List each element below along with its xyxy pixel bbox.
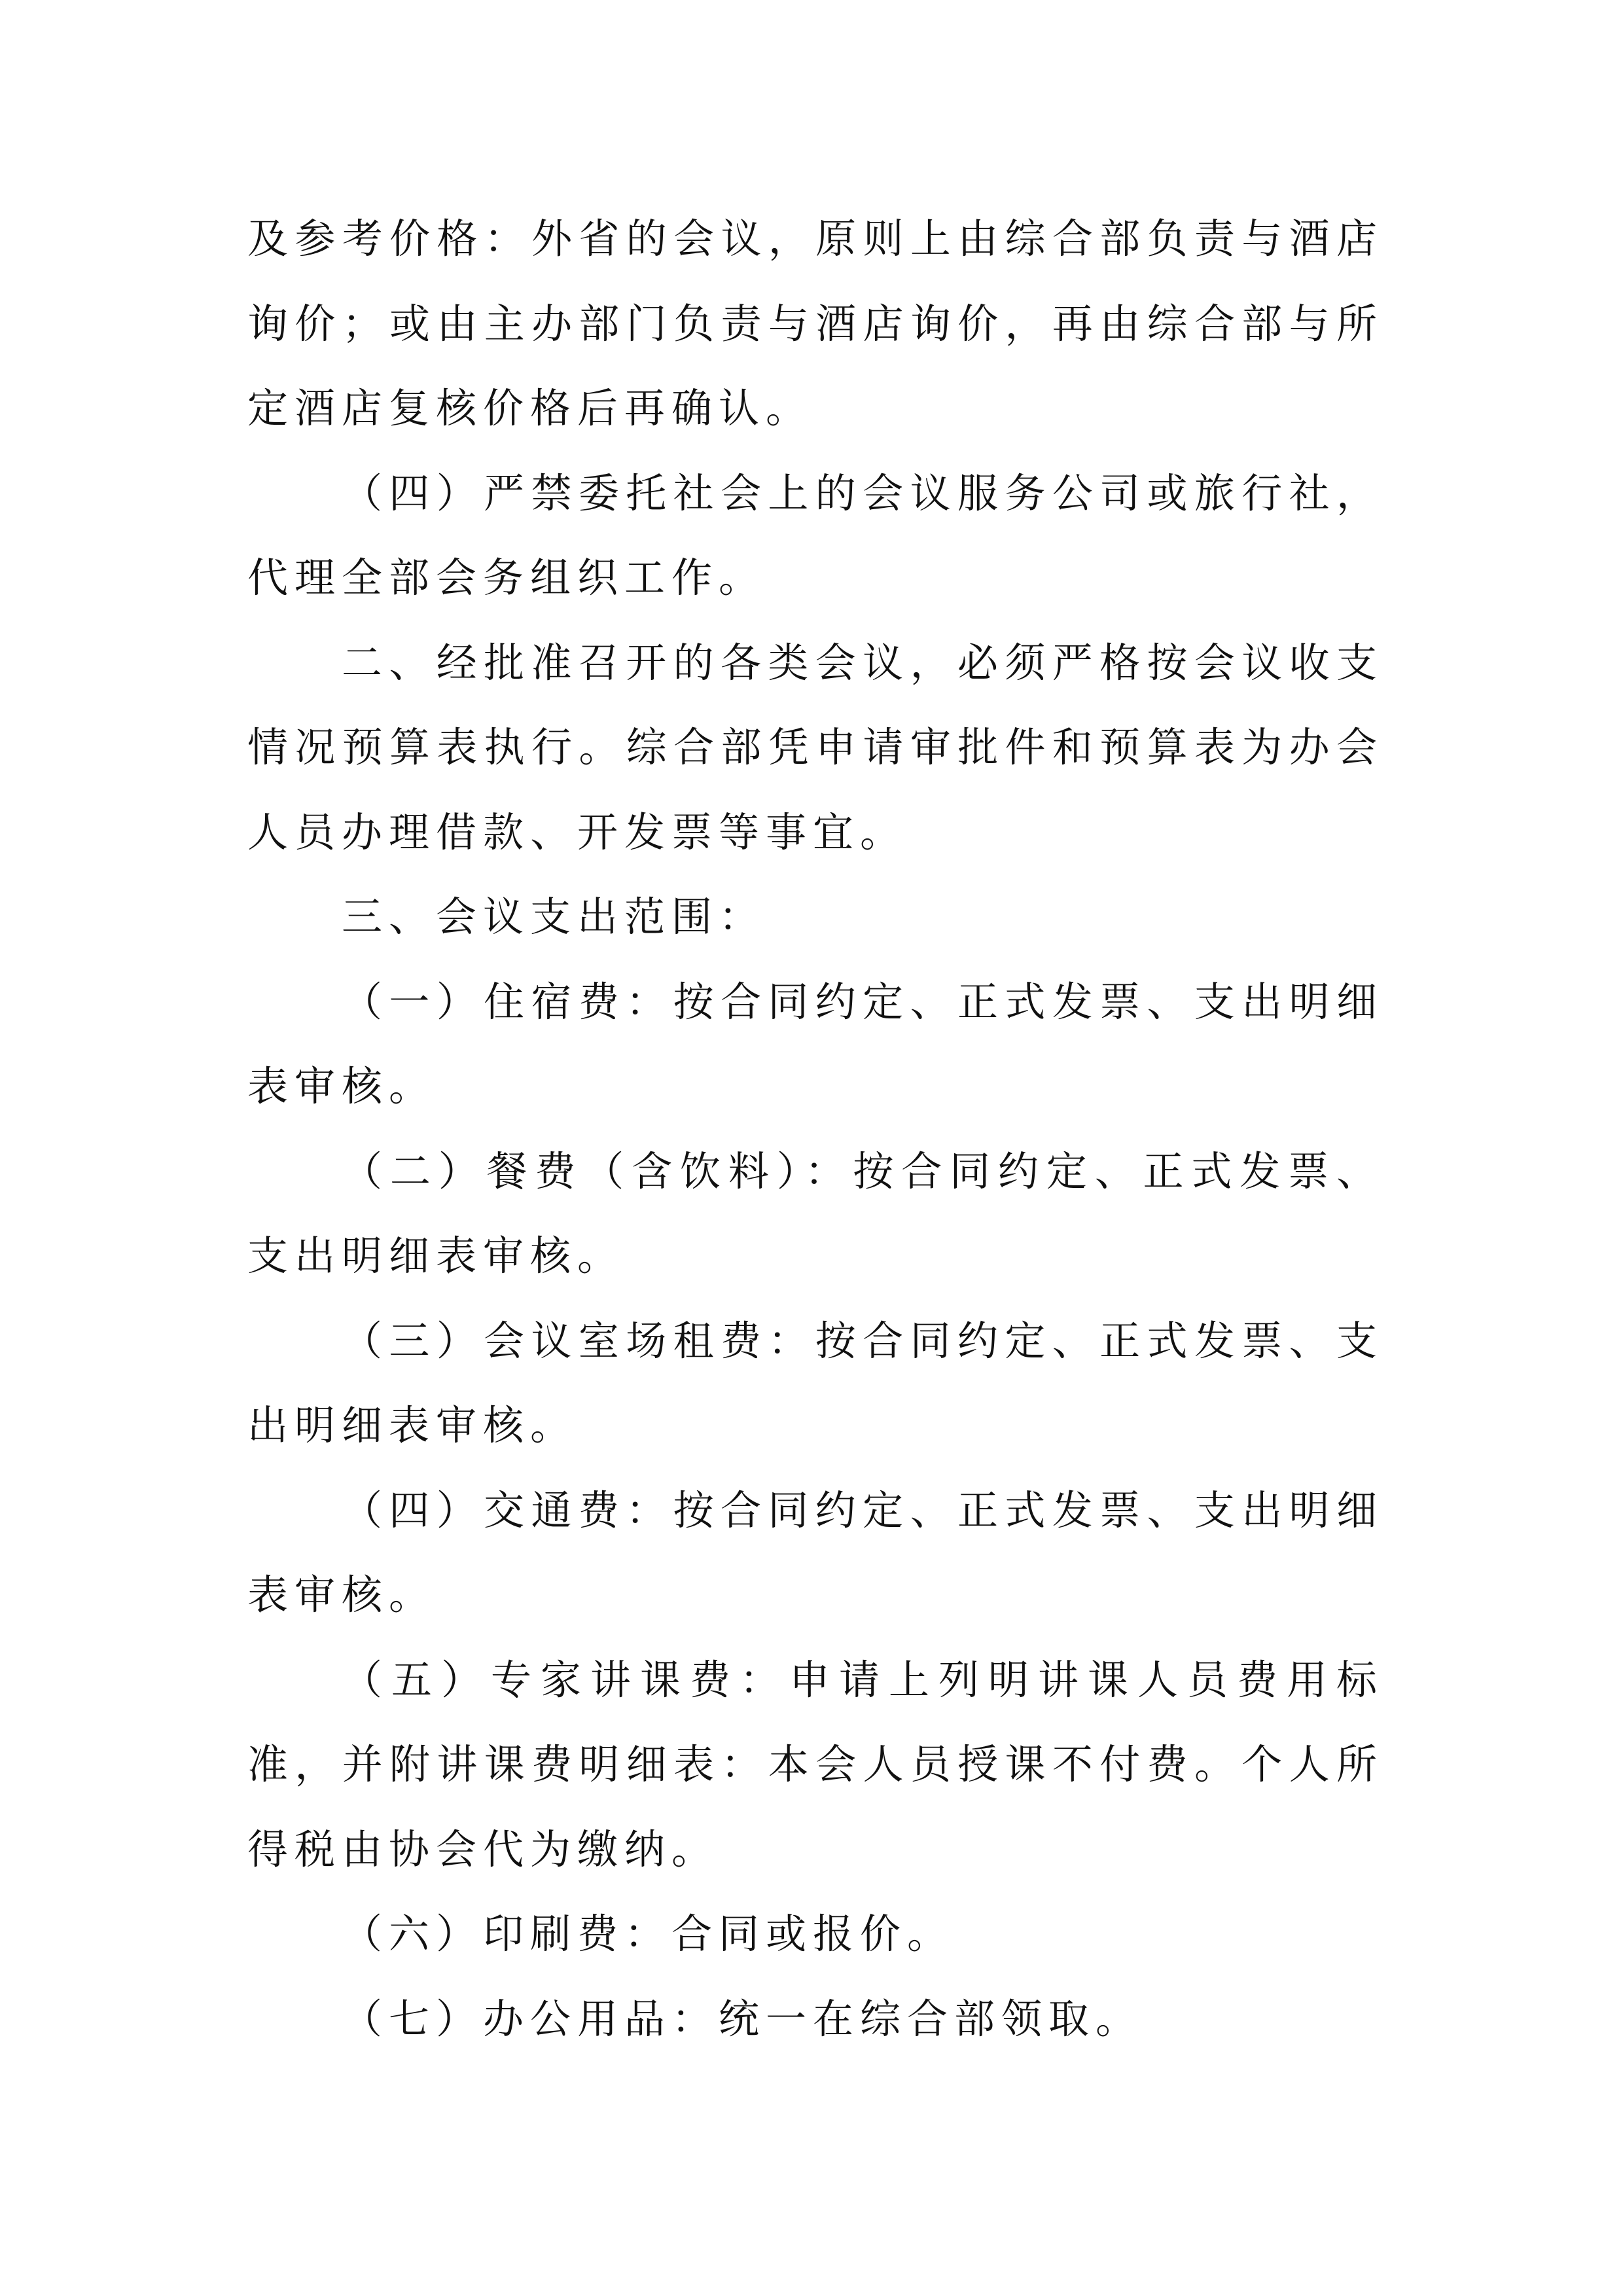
paragraph-office-supplies: （七）办公用品：统一在综合部领取。 — [247, 1977, 1383, 2062]
paragraph-item-4-prohibition: （四）严禁委托社会上的会议服务公司或旅行社，代理全部会务组织工作。 — [247, 451, 1383, 620]
paragraph-transportation-fee: （四）交通费：按合同约定、正式发票、支出明细表审核。 — [247, 1468, 1383, 1638]
paragraph-section-2-budget: 二、经批准召开的各类会议，必须严格按会议收支情况预算表执行。综合部凭申请审批件和… — [247, 620, 1383, 875]
paragraph-venue-rental-fee: （三）会议室场租费：按合同约定、正式发票、支出明细表审核。 — [247, 1299, 1383, 1468]
document-page: 及参考价格：外省的会议，原则上由综合部负责与酒店询价；或由主办部门负责与酒店询价… — [247, 196, 1383, 2061]
paragraph-section-3-heading: 三、会议支出范围： — [247, 874, 1383, 960]
paragraph-reference-price: 及参考价格：外省的会议，原则上由综合部负责与酒店询价；或由主办部门负责与酒店询价… — [247, 196, 1383, 451]
paragraph-meal-fee: （二）餐费（含饮料）：按合同约定、正式发票、支出明细表审核。 — [247, 1129, 1383, 1299]
paragraph-accommodation-fee: （一）住宿费：按合同约定、正式发票、支出明细表审核。 — [247, 960, 1383, 1129]
paragraph-printing-fee: （六）印刷费：合同或报价。 — [247, 1892, 1383, 1977]
paragraph-expert-lecture-fee: （五）专家讲课费：申请上列明讲课人员费用标准，并附讲课费明细表：本会人员授课不付… — [247, 1638, 1383, 1892]
